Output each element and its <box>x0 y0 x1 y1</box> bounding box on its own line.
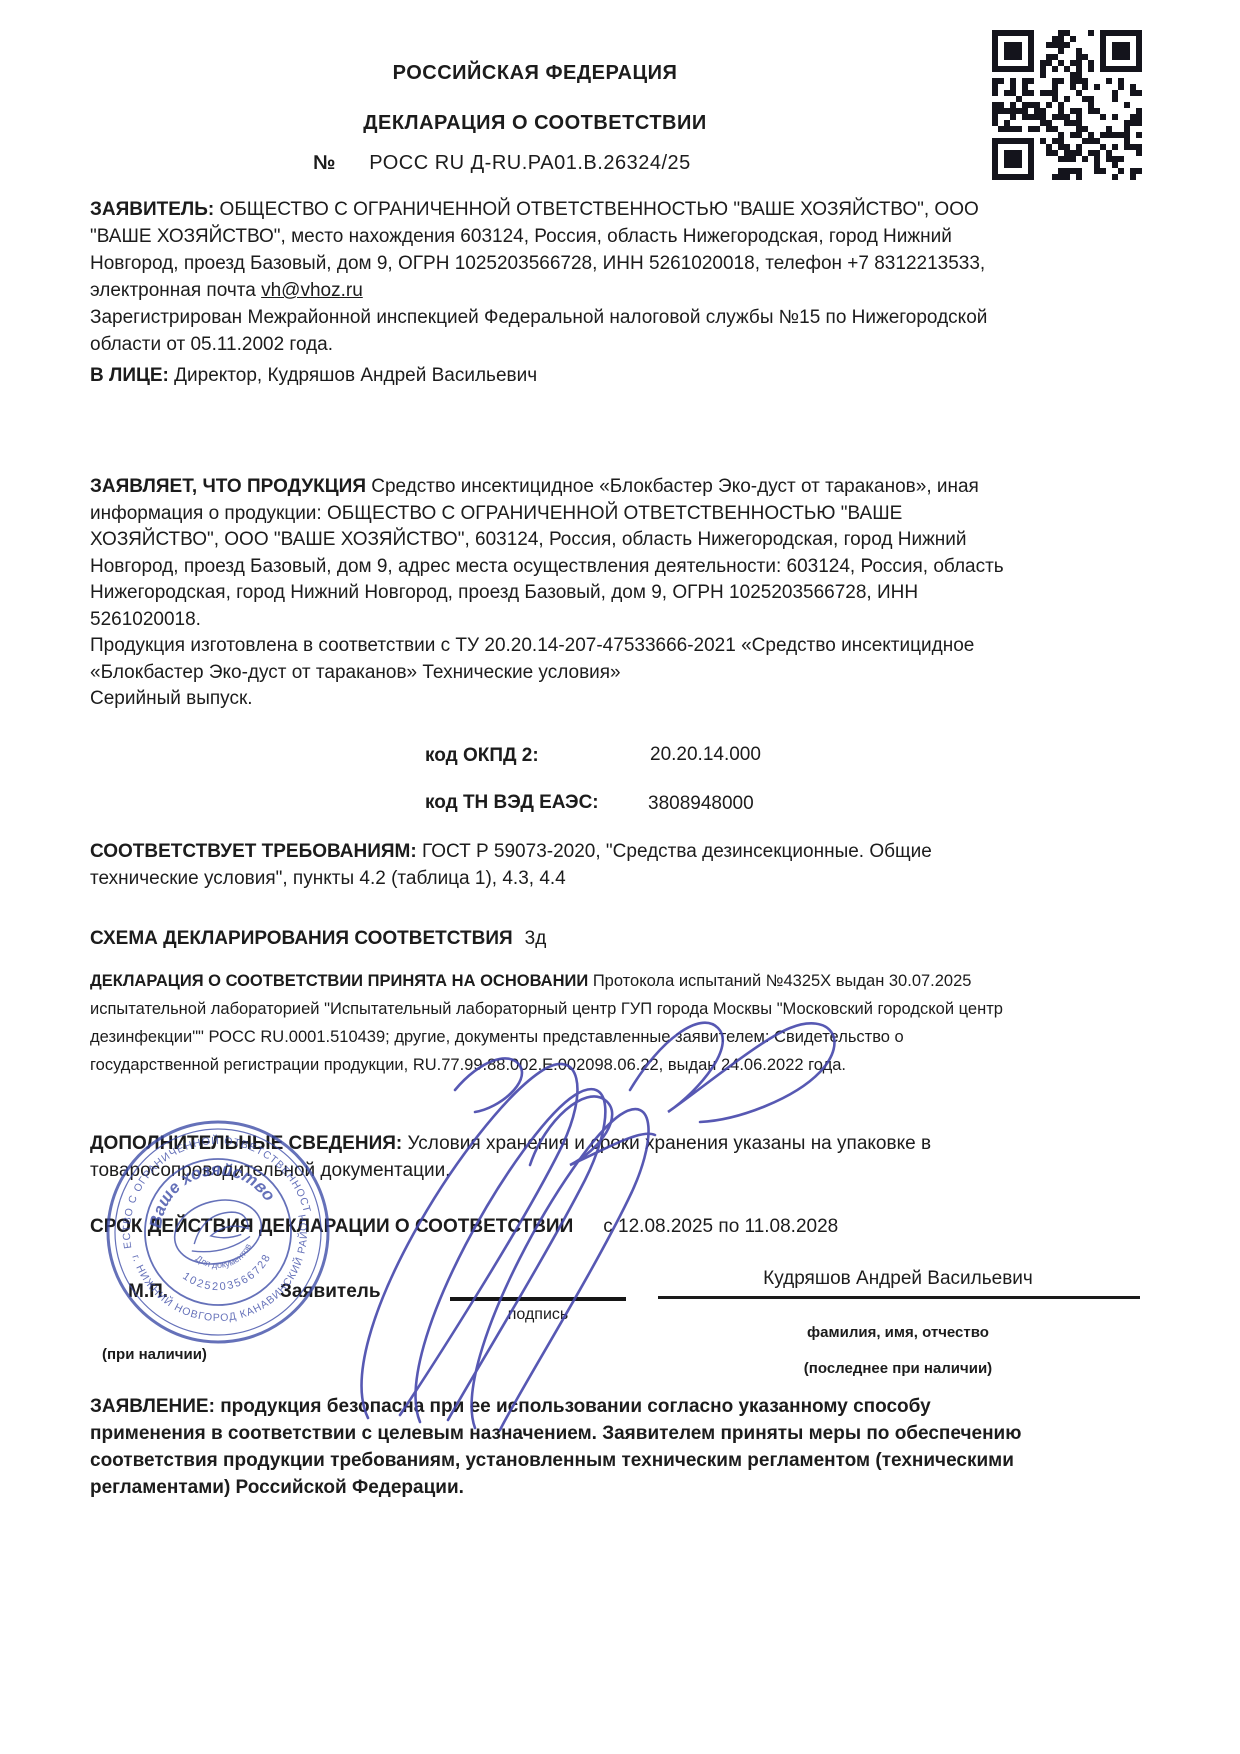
validity-label: СРОК ДЕЙСТВИЯ ДЕКЛАРАЦИИ О СООТВЕТСТВИИ <box>90 1216 573 1237</box>
validity-value: с 12.08.2025 по 11.08.2028 <box>603 1216 838 1237</box>
statement-paragraph: ЗАЯВЛЕНИЕ: продукция безопасна при ее ис… <box>90 1393 1035 1501</box>
name-caption: фамилия, имя, отчество <box>658 1324 1138 1341</box>
declaration-document-page: РОССИЙСКАЯ ФЕДЕРАЦИЯ ДЕКЛАРАЦИЯ О СООТВЕ… <box>0 0 1240 1754</box>
stamp-ogrn-text: 1025203566728 <box>178 1249 279 1303</box>
conformity-label: СООТВЕТСТВУЕТ ТРЕБОВАНИЯМ: <box>90 841 417 862</box>
conformity-paragraph: СООТВЕТСТВУЕТ ТРЕБОВАНИЯМ: ГОСТ Р 59073-… <box>90 838 1030 892</box>
okpd-code-value: 20.20.14.000 <box>650 744 761 766</box>
qr-code <box>992 30 1142 180</box>
basis-label: ДЕКЛАРАЦИЯ О СООТВЕТСТВИИ ПРИНЯТА НА ОСН… <box>90 972 588 990</box>
in-person-row: В ЛИЦЕ: Директор, Кудряшов Андрей Василь… <box>90 362 1020 389</box>
stamp-place-label: М.П. <box>128 1281 168 1303</box>
document-title: ДЕКЛАРАЦИЯ О СООТВЕТСТВИИ <box>30 112 1040 135</box>
stamp-availability-note: (при наличии) <box>102 1346 207 1363</box>
country-title: РОССИЙСКАЯ ФЕДЕРАЦИЯ <box>30 62 1040 85</box>
signature-line <box>450 1297 626 1301</box>
scheme-row: СХЕМА ДЕКЛАРИРОВАНИЯ СООТВЕТСТВИЯ3д <box>90 928 1020 950</box>
scheme-value: 3д <box>525 928 547 949</box>
product-text: Средство инсектицидное «Блокбастер Эко-д… <box>90 476 1004 630</box>
signature-caption: подпись <box>450 1306 626 1324</box>
statement-text: продукция безопасна при ее использовании… <box>90 1396 1021 1498</box>
basis-paragraph: ДЕКЛАРАЦИЯ О СООТВЕТСТВИИ ПРИНЯТА НА ОСН… <box>90 967 1035 1079</box>
number-sign: № <box>313 152 335 174</box>
declaration-number-row: №РОСС RU Д-RU.РА01.В.26324/25 <box>313 152 691 175</box>
signer-role-label: Заявитель <box>280 1281 381 1303</box>
signer-name: Кудряшов Андрей Васильевич <box>658 1268 1138 1290</box>
okpd-code-label: код ОКПД 2: <box>425 745 539 767</box>
svg-text:Для документов: Для документов <box>192 1240 257 1276</box>
product-serial: Серийный выпуск. <box>90 686 1020 713</box>
stamp-purpose-text: Для документов <box>192 1240 257 1276</box>
statement-label: ЗАЯВЛЕНИЕ: <box>90 1396 215 1417</box>
product-label: ЗАЯВЛЯЕТ, ЧТО ПРОДУКЦИЯ <box>90 476 366 497</box>
svg-text:1025203566728: 1025203566728 <box>178 1249 279 1303</box>
applicant-text: ОБЩЕСТВО С ОГРАНИЧЕННОЙ ОТВЕТСТВЕННОСТЬЮ… <box>90 199 985 301</box>
scheme-label: СХЕМА ДЕКЛАРИРОВАНИЯ СООТВЕТСТВИЯ <box>90 928 513 949</box>
name-line <box>658 1296 1140 1299</box>
name-caption-secondary: (последнее при наличии) <box>658 1360 1138 1377</box>
in-person-text: Директор, Кудряшов Андрей Васильевич <box>169 365 537 386</box>
tnved-code-label: код ТН ВЭД ЕАЭС: <box>425 792 599 814</box>
applicant-paragraph: ЗАЯВИТЕЛЬ: ОБЩЕСТВО С ОГРАНИЧЕННОЙ ОТВЕТ… <box>90 196 1020 358</box>
applicant-email: vh@vhoz.ru <box>261 280 363 301</box>
validity-row: СРОК ДЕЙСТВИЯ ДЕКЛАРАЦИИ О СООТВЕТСТВИИс… <box>90 1216 1020 1238</box>
product-manufactured: Продукция изготовлена в соответствии с Т… <box>90 633 1020 686</box>
additional-info-paragraph: ДОПОЛНИТЕЛЬНЫЕ СВЕДЕНИЯ: Условия хранени… <box>90 1130 1020 1184</box>
product-paragraph: ЗАЯВЛЯЕТ, ЧТО ПРОДУКЦИЯ Средство инсекти… <box>90 474 1020 713</box>
applicant-registration: Зарегистрирован Межрайонной инспекцией Ф… <box>90 304 1020 358</box>
applicant-label: ЗАЯВИТЕЛЬ: <box>90 199 214 220</box>
tnved-code-value: 3808948000 <box>648 793 754 815</box>
additional-info-label: ДОПОЛНИТЕЛЬНЫЕ СВЕДЕНИЯ: <box>90 1133 402 1154</box>
in-person-label: В ЛИЦЕ: <box>90 365 169 386</box>
declaration-number: РОСС RU Д-RU.РА01.В.26324/25 <box>369 152 690 174</box>
